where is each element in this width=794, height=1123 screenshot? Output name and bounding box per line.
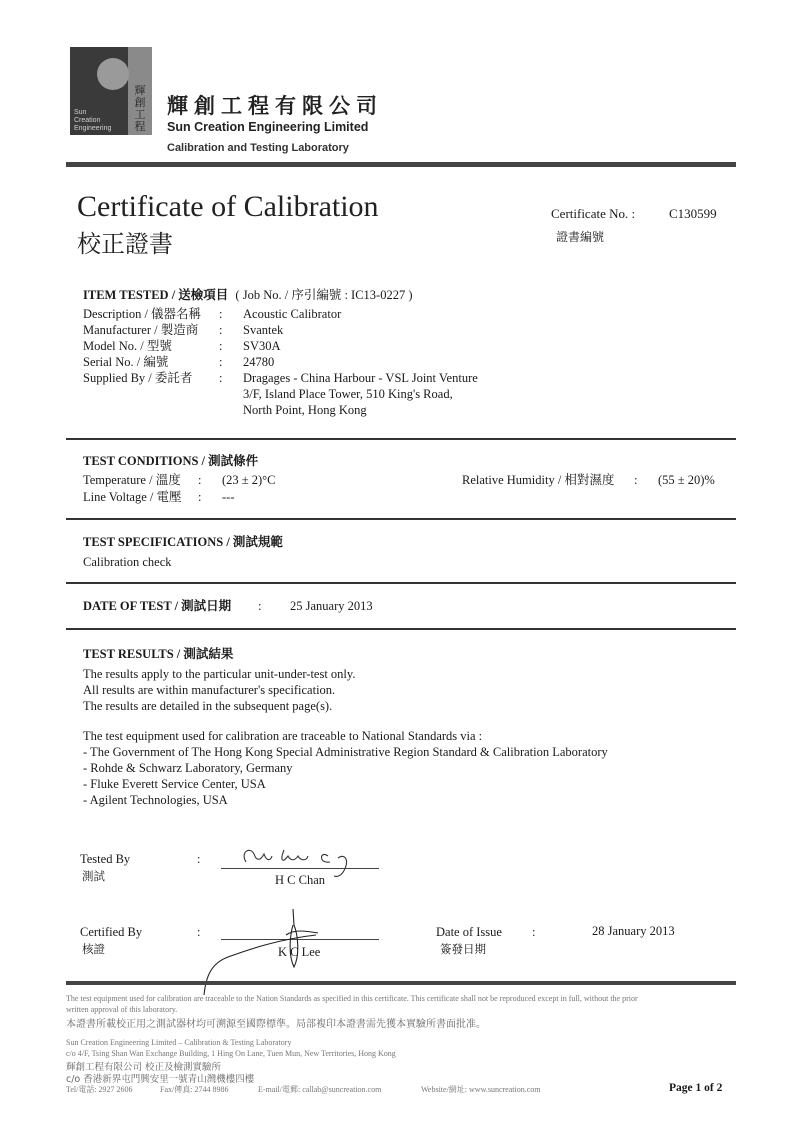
certified-by-label-cn: 核證 bbox=[82, 941, 105, 957]
address-line: 3/F, Island Place Tower, 510 King's Road… bbox=[83, 386, 478, 402]
certificate-no: C130599 bbox=[669, 206, 717, 222]
footer-fax: Fax/傳真: 2744 8986 bbox=[160, 1084, 228, 1095]
page-number: Page 1 of 2 bbox=[669, 1080, 722, 1096]
test-results-body: The results apply to the particular unit… bbox=[83, 666, 608, 808]
item-tested-heading: ITEM TESTED / 送檢項目 bbox=[83, 288, 228, 302]
footer-disclaimer-en-2: written approval of this laboratory. bbox=[66, 1005, 177, 1014]
footer-disclaimer-cn: 本證書所載校正用之測試器材均可溯源至國際標準。局部複印本證書需先獲本實驗所書面批… bbox=[66, 1015, 486, 1030]
date-of-test-value: 25 January 2013 bbox=[290, 598, 373, 614]
footer-email: E-mail/電郵: callab@suncreation.com bbox=[258, 1084, 381, 1095]
footer-address-en: c/o 4/F, Tsing Shan Wan Exchange Buildin… bbox=[66, 1049, 396, 1058]
section-divider bbox=[66, 518, 736, 520]
company-logo: 輝創工程 Sun Creation Engineering bbox=[70, 47, 152, 135]
company-name-cn: 輝創工程有限公司 bbox=[167, 90, 383, 120]
test-conditions-heading: TEST CONDITIONS / 測試條件 bbox=[83, 453, 258, 469]
tested-by-name: H C Chan bbox=[275, 872, 325, 888]
footer-divider bbox=[66, 981, 736, 985]
voltage-value: --- bbox=[222, 489, 235, 505]
date-of-test-heading: DATE OF TEST / 測試日期 bbox=[83, 598, 258, 614]
tested-by-label-cn: 測試 bbox=[82, 868, 105, 884]
page-title-cn: 校正證書 bbox=[77, 224, 173, 259]
item-row: Description / 儀器名稱 : Acoustic Calibrator bbox=[83, 306, 478, 322]
voltage-row: Line Voltage / 電壓 : --- bbox=[83, 489, 235, 505]
footer-disclaimer-en: The test equipment used for calibration … bbox=[66, 994, 638, 1003]
test-specifications-heading: TEST SPECIFICATIONS / 測試規範 bbox=[83, 534, 283, 550]
certified-by-name: K C Lee bbox=[278, 944, 320, 960]
section-divider bbox=[66, 438, 736, 440]
certificate-no-label-cn: 證書編號 bbox=[556, 228, 604, 245]
date-of-issue-value: 28 January 2013 bbox=[592, 923, 675, 939]
job-no: ( Job No. / 序引編號 : IC13-0227 ) bbox=[235, 288, 412, 302]
item-row: Serial No. / 編號 : 24780 bbox=[83, 354, 478, 370]
date-of-issue-label: Date of Issue bbox=[436, 924, 502, 940]
lab-name: Calibration and Testing Laboratory bbox=[167, 142, 349, 154]
certified-by-label: Certified By bbox=[80, 924, 142, 940]
item-tested-section: ITEM TESTED / 送檢項目 ( Job No. / 序引編號 : IC… bbox=[83, 287, 413, 303]
item-row: Model No. / 型號 : SV30A bbox=[83, 338, 478, 354]
address-line: North Point, Hong Kong bbox=[83, 402, 478, 418]
footer-company-line: Sun Creation Engineering Limited – Calib… bbox=[66, 1038, 291, 1047]
certificate-no-label: Certificate No. : bbox=[551, 206, 635, 222]
footer-website: Website/網址: www.suncreation.com bbox=[421, 1084, 540, 1095]
item-details: Description / 儀器名稱 : Acoustic Calibrator… bbox=[83, 306, 478, 418]
page-title: Certificate of Calibration bbox=[77, 190, 379, 224]
date-of-test-row: DATE OF TEST / 測試日期 : 25 January 2013 bbox=[83, 598, 373, 614]
footer-tel: Tel/電話: 2927 2606 bbox=[66, 1084, 133, 1095]
section-divider bbox=[66, 582, 736, 584]
traceability-item: - Fluke Everett Service Center, USA bbox=[83, 776, 608, 792]
humidity-row: Relative Humidity / 相對濕度 : (55 ± 20)% bbox=[462, 472, 715, 488]
logo-vertical-text: 輝創工程 bbox=[131, 85, 149, 133]
item-row: Supplied By / 委託者 : Dragages - China Har… bbox=[83, 370, 478, 386]
header-divider bbox=[66, 162, 736, 167]
company-name-en: Sun Creation Engineering Limited bbox=[167, 120, 368, 134]
test-results-heading: TEST RESULTS / 測試結果 bbox=[83, 646, 233, 662]
temperature-row: Temperature / 溫度 : (23 ± 2)°C bbox=[83, 472, 276, 488]
traceability-item: - Rohde & Schwarz Laboratory, Germany bbox=[83, 760, 608, 776]
date-of-issue-label-cn: 簽發日期 bbox=[440, 941, 486, 957]
test-specifications-value: Calibration check bbox=[83, 554, 172, 570]
temperature-value: (23 ± 2)°C bbox=[222, 472, 276, 488]
humidity-value: (55 ± 20)% bbox=[658, 472, 715, 488]
footer-address-cn: c/o 香港新界屯門興安里一號青山灣機樓四樓 bbox=[66, 1071, 254, 1085]
logo-circle bbox=[97, 58, 129, 90]
tested-by-label: Tested By bbox=[80, 851, 130, 867]
logo-english-text: Sun Creation Engineering bbox=[74, 109, 111, 133]
item-row: Manufacturer / 製造商 : Svantek bbox=[83, 322, 478, 338]
traceability-item: - Agilent Technologies, USA bbox=[83, 792, 608, 808]
section-divider bbox=[66, 628, 736, 630]
traceability-item: - The Government of The Hong Kong Specia… bbox=[83, 744, 608, 760]
